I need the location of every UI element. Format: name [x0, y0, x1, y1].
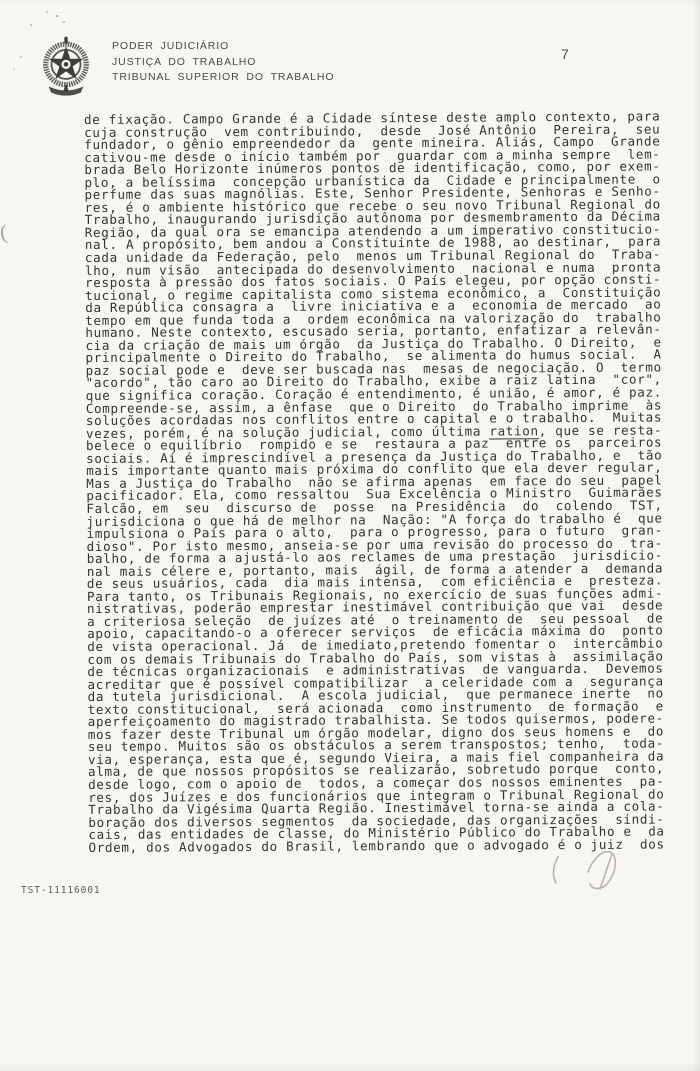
- scan-speckle: [30, 24, 32, 26]
- document-stamp-code: TST-11116001: [21, 885, 100, 896]
- handwritten-initials-mark: [540, 840, 660, 900]
- letterhead-line-3: TRIBUNAL SUPERIOR DO TRABALHO: [112, 70, 334, 86]
- scanned-document-page: PODER JUDICIÁRIO JUSTIÇA DO TRABALHO TRI…: [0, 0, 700, 1071]
- scan-speckle: [20, 56, 22, 58]
- margin-pen-mark: (: [0, 220, 8, 246]
- letterhead-line-2: JUSTIÇA DO TRABALHO: [112, 55, 334, 71]
- scan-speckle: [56, 15, 58, 17]
- scan-speckle: [13, 68, 15, 70]
- coat-of-arms-brazil-icon: [37, 36, 95, 102]
- letterhead: PODER JUDICIÁRIO JUSTIÇA DO TRABALHO TRI…: [112, 39, 334, 86]
- scan-speckle: [46, 11, 48, 13]
- page-number: 7: [561, 46, 569, 62]
- letterhead-line-1: PODER JUDICIÁRIO: [112, 39, 334, 55]
- scan-speckle: [63, 21, 65, 23]
- speech-text-block: de fixação. Campo Grande é a Cidade sínt…: [84, 110, 689, 854]
